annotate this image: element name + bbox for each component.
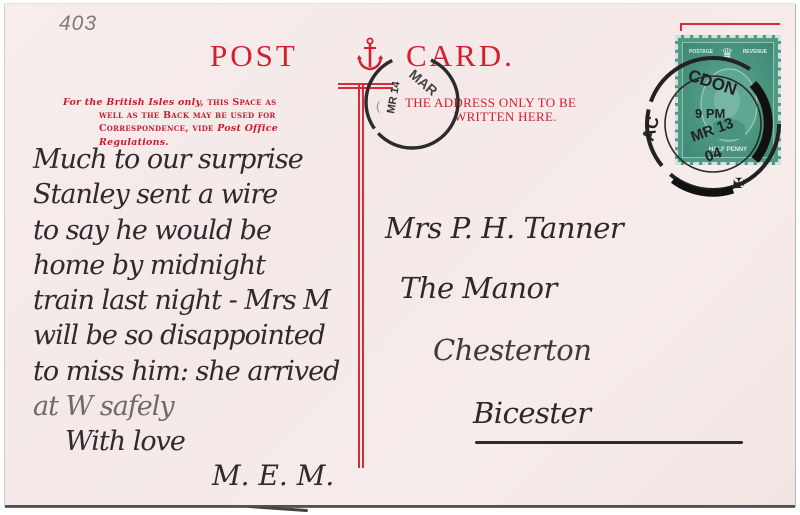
svg-text:✠: ✠ (733, 176, 745, 192)
message-line: will be so disappointed (33, 318, 339, 353)
address-notice-line1: THE ADDRESS ONLY TO BE (405, 95, 576, 110)
message-line: train last night - Mrs M (33, 283, 339, 318)
address-house: The Manor (400, 266, 557, 310)
svg-text:(: ( (376, 99, 380, 113)
message-line: to say he would be (33, 213, 339, 248)
address-notice-line2: WRITTEN HERE. (405, 110, 655, 124)
handwritten-message: Much to our surprise Stanley sent a wire… (33, 142, 339, 460)
title-post: POST (210, 38, 298, 74)
message-line: to miss him: she arrived (33, 354, 339, 389)
message-line: at W safely (33, 389, 339, 424)
divider-vertical-1 (358, 83, 360, 468)
notice-line2: well as the Back may be used for (63, 109, 357, 122)
message-signoff: With love (33, 424, 339, 459)
stamp-box-line (680, 23, 780, 25)
divider-top-line-2 (338, 87, 393, 89)
notice-line1-rest: this Space as (208, 97, 277, 108)
stamp-box-tick (680, 23, 682, 31)
king-portrait-icon (683, 43, 777, 163)
svg-text:MR 14: MR 14 (385, 80, 403, 115)
stamp-design: POSTAGE ♛ REVENUE HALF PENNY (682, 42, 774, 158)
divider-top-line-1 (338, 83, 393, 85)
anchor-icon (356, 37, 384, 73)
title-card: CARD. (406, 38, 515, 74)
postage-stamp: POSTAGE ♛ REVENUE HALF PENNY (675, 35, 781, 165)
signature-underline (248, 505, 308, 512)
archive-number: 403 (59, 12, 97, 36)
message-line: home by midnight (33, 248, 339, 283)
notice-italic-lead: For the British Isles only, (63, 97, 204, 108)
address-underline (475, 441, 743, 444)
signature: M. E. M. (212, 459, 334, 492)
divider-vertical-2 (362, 83, 364, 468)
address-notice: THE ADDRESS ONLY TO BE WRITTEN HERE. (405, 96, 655, 124)
correspondence-notice: For the British Isles only, this Space a… (63, 96, 357, 149)
postcard: 403 POST CARD. For the British Isles onl… (5, 4, 795, 507)
address-name: Mrs P. H. Tanner (385, 206, 623, 250)
address-village: Chesterton (433, 328, 591, 372)
address-town: Bicester (473, 391, 591, 435)
notice-line3: Correspondence, vide Post Office (63, 122, 357, 135)
message-line: Stanley sent a wire (33, 177, 339, 212)
message-line: Much to our surprise (33, 142, 339, 177)
stamp-value: HALF PENNY (683, 147, 773, 153)
